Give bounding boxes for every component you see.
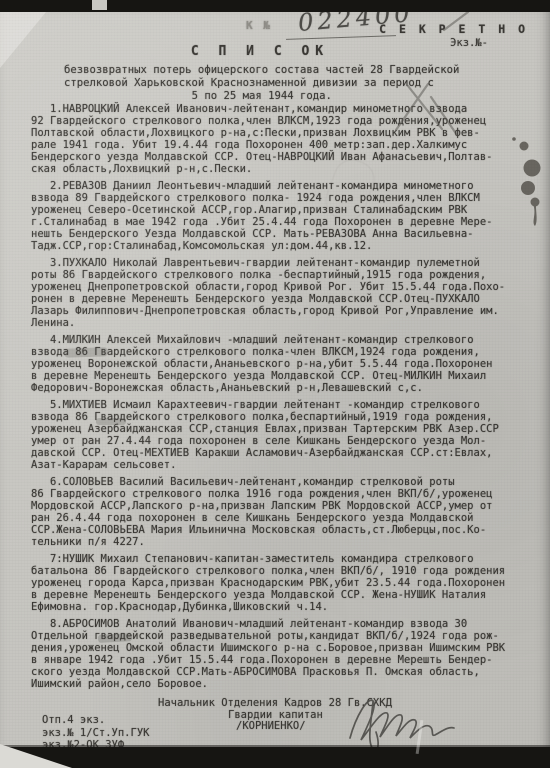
classification-label: С Е К Р Е Т Н О [379, 23, 528, 35]
registration-stamp-label: К № [246, 20, 272, 32]
casualty-entry-6: 6.СОЛОВЬЕВ Василий Васильевич-лейтенант,… [31, 476, 535, 548]
signer-name: /КОРНИЕНКО/ [236, 720, 306, 732]
scan-top-notch [92, 0, 107, 10]
casualty-entry-4: 4.МИЛКИН Алексей Михайлович -младший лей… [31, 334, 535, 394]
casualty-entry-8: 8.АБРОСИМОВ Анатолий Иванович-младший ле… [31, 618, 535, 690]
scanned-document-page: К № 022400 С Е К Р Е Т Н О Экз.№- С П И … [0, 0, 550, 768]
casualty-entry-2: 2.РЕВАЗОВ Даниил Леонтьевич-младший лейт… [31, 180, 535, 252]
paper-fold-top-left [0, 12, 46, 68]
document-title: С П И С ОК [0, 46, 520, 58]
casualty-entry-7: 7:НУШИК Михаил Степанович-капитан-замест… [31, 553, 535, 613]
signer-title: Начальник Отделения Кадров 28 Гв.СХКД [158, 697, 392, 709]
casualty-entry-5: 5.МИХТИЕВ Исмаил Карахтеевич-гвардии лей… [31, 399, 535, 471]
casualty-entry-3: 3.ПУХКАЛО Николай Лаврентьевич-гвардии л… [31, 257, 535, 329]
scan-bottom-edge [0, 747, 550, 768]
casualty-entry-1: 1.НАВРОЦКИЙ Алексей Иванович-лейтенант,к… [31, 103, 535, 175]
scan-top-edge [0, 0, 550, 12]
casualty-list: 1.НАВРОЦКИЙ Алексей Иванович-лейтенант,к… [31, 103, 535, 695]
document-subtitle: безвозвратных потерь офицерского состава… [64, 64, 459, 103]
